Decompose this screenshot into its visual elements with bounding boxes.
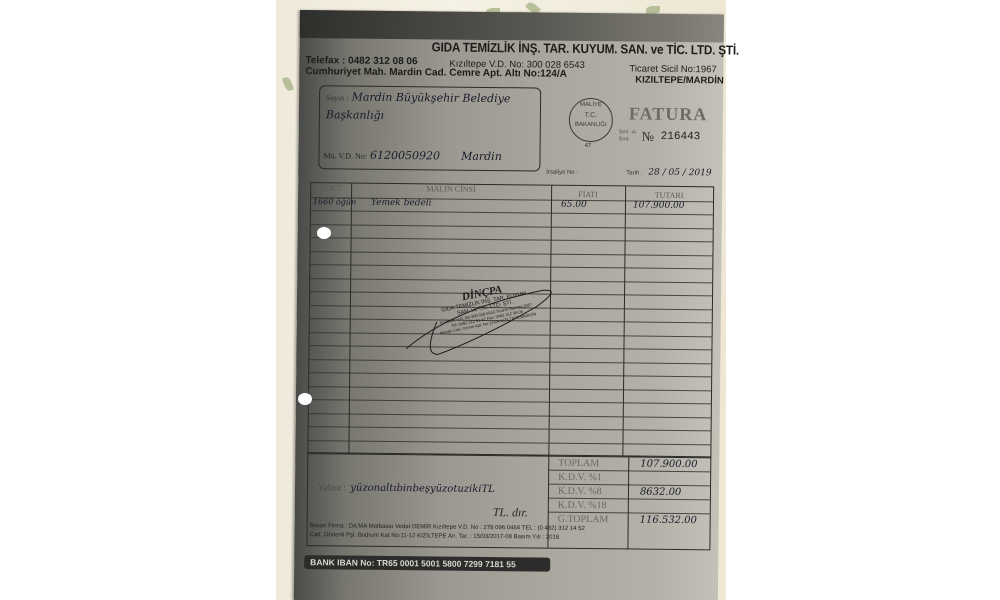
total-value: 107.900.00 — [640, 459, 697, 471]
invoice-date: 28 / 05 / 2019 — [648, 168, 711, 179]
trade-registry: Ticaret Sicil No:1967 — [629, 63, 716, 75]
number-symbol: № — [642, 129, 655, 145]
total-value: 116.532.00 — [640, 515, 697, 527]
row-line — [310, 251, 712, 256]
row-line — [309, 359, 711, 364]
punch-hole — [317, 227, 331, 239]
invoice-number: 216443 — [661, 131, 701, 143]
invoice-paper: GIDA TEMİZLİK İNŞ. TAR. KUYUM. SAN. ve T… — [294, 10, 724, 600]
total-label: TOPLAM — [558, 458, 599, 469]
total-label: K.D.V. %1 — [558, 472, 602, 483]
currency-suffix: TL. dır. — [493, 505, 528, 520]
totals-section: Yalnız : yüzonaltıbinbeşyüzotuzikiTL TL.… — [306, 452, 711, 550]
total-label: K.D.V. %8 — [558, 486, 602, 497]
company-city: KIZILTEPE/MARDİN — [635, 75, 724, 87]
customer-tax-label: Mü. V.D. No: — [323, 151, 367, 160]
customer-tax-line: Mü. V.D. No: 6120050920 Mardin — [323, 148, 501, 163]
column-header-qty: ADET — [311, 183, 351, 195]
date-label: Tarih : — [626, 170, 642, 176]
total-label: G.TOPLAM — [558, 514, 609, 526]
seal-top: MALİYE — [570, 102, 612, 108]
row-line — [310, 264, 712, 269]
row-line — [309, 372, 711, 377]
total-label: K.D.V. %18 — [558, 500, 607, 512]
customer-name: Mardin Büyükşehir Belediye — [352, 91, 511, 106]
bank-iban: BANK IBAN No: TR65 0001 5001 5800 7299 7… — [304, 555, 550, 572]
customer-box: Sayın : Mardin Büyükşehir Belediye Başka… — [318, 85, 541, 171]
row-line — [311, 224, 713, 229]
column-header-description: MALIN CİNSİ — [351, 184, 551, 198]
leaf-pattern — [282, 76, 294, 92]
customer-tax-office: Mardin — [461, 150, 502, 163]
row-line — [309, 386, 711, 391]
total-value: 8632.00 — [640, 487, 681, 498]
row-line — [309, 399, 711, 404]
customer-line-1: Sayın : Mardin Büyükşehir Belediye — [326, 90, 510, 105]
seal-center: T.C. — [570, 112, 612, 119]
document-title: FATURA — [629, 103, 708, 125]
amount-in-words-label: Yalnız : — [318, 482, 346, 492]
printer-info-line-1: Basan Firma : DA MA Matbaası Vedat DEMİR… — [310, 523, 585, 532]
row-line — [311, 237, 713, 242]
company-address: Cumhuriyet Mah. Mardin Cad. Cemre Apt. A… — [305, 66, 567, 80]
waybill-label: İrsaliye No : — [546, 170, 578, 176]
row-line — [308, 440, 710, 445]
seal-code: 47 — [585, 143, 592, 149]
amount-in-words-line: Yalnız : yüzonaltıbinbeşyüzotuzikiTL — [318, 477, 495, 497]
amount-in-words: yüzonaltıbinbeşyüzotuzikiTL — [350, 483, 495, 496]
row-line — [309, 413, 711, 418]
item-amount: 107.900.00 — [633, 200, 685, 211]
item-price: 65.00 — [561, 200, 587, 210]
customer-tax-no: 6120050920 — [370, 149, 440, 163]
seal-bottom: BAKANLIĞI — [570, 122, 612, 128]
series-label: Seri -A- Sıra — [619, 129, 638, 143]
company-name: GIDA TEMİZLİK İNŞ. TAR. KUYUM. SAN. ve T… — [432, 39, 740, 57]
customer-name-line-2: Başkanlığı — [326, 108, 384, 122]
punch-hole — [298, 393, 312, 405]
item-description: Yemek bedeli — [371, 198, 432, 209]
printer-info-line-2: Cad. Gönenli Pşl. Bodrum Kat No:11-12 KI… — [309, 532, 559, 541]
table-row: 1660 öğün Yemek bedeli 65.00 107.900.00 — [311, 197, 713, 215]
item-qty: 1660 öğün — [313, 197, 356, 206]
customer-label: Sayın : — [326, 93, 349, 102]
company-logo-band — [300, 10, 724, 42]
row-line — [309, 426, 711, 431]
ministry-seal: MALİYE T.C. BAKANLIĞI — [569, 98, 613, 142]
